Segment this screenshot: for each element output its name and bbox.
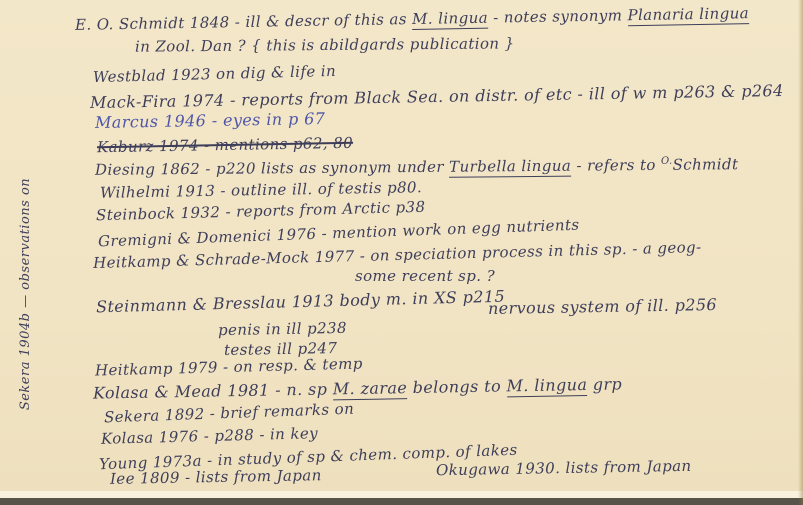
note-line-schmidt: E. O. Schmidt 1848 - ill & descr of this…: [75, 5, 749, 33]
note-text: Steinmann & Bresslau 1913 body m. in XS …: [96, 287, 505, 317]
note-text: penis in ill p238: [218, 319, 347, 339]
note-line-westblad: Westblad 1923 on dig & life in: [93, 63, 336, 86]
handwritten-index-card: Sekera 1904b — observations on E. O. Sch…: [0, 0, 803, 505]
underlined-species: M. lingua: [412, 9, 488, 30]
note-line-some-recent: some recent sp. ?: [355, 268, 495, 285]
note-text: Steinbock 1932 - reports from Arctic p38: [96, 198, 426, 225]
note-text: belongs to: [407, 376, 507, 397]
note-text: Sekera 1892 - brief remarks on: [104, 400, 355, 427]
note-line-kolasa-mead: Kolasa & Mead 1981 - n. sp M. zarae belo…: [93, 375, 622, 402]
note-line-diesing: Diesing 1862 - p220 lists as synonym und…: [95, 155, 739, 178]
note-line-okugawa: Okugawa 1930. lists from Japan: [436, 458, 692, 479]
note-line-wilhelmi: Wilhelmi 1913 - outline ill. of testis p…: [100, 179, 422, 201]
underlined-species: Planaria lingua: [627, 4, 749, 26]
underlined-species: M. zarae: [333, 378, 408, 400]
note-text: Mack-Fira 1974 - reports from Black Sea.…: [90, 81, 784, 112]
note-text: E. O. Schmidt 1848 - ill & descr of this…: [75, 10, 412, 34]
note-text: - refers to: [571, 156, 661, 175]
note-line-heitkamp-1979: Heitkamp 1979 - on resp. & temp: [95, 355, 363, 379]
note-line-zool: in Zool. Dan ? { this is abildgards publ…: [135, 35, 515, 55]
note-text: Marcus 1946 - eyes in p 67: [95, 109, 326, 132]
note-line-kaburz-struck: Kaburz 1974 - mentions p62, 80: [97, 135, 353, 156]
note-line-marcus: Marcus 1946 - eyes in p 67: [95, 110, 326, 132]
note-text: in Zool. Dan ? { this is abildgards publ…: [135, 34, 515, 55]
scan-edge-dark-band: [0, 498, 803, 505]
note-text: Iee 1809 - lists from Japan: [110, 466, 322, 488]
note-line-iee: Iee 1809 - lists from Japan: [110, 467, 322, 487]
note-line-steinmann: Steinmann & Bresslau 1913 body m. in XS …: [96, 288, 505, 316]
note-text: Westblad 1923 on dig & life in: [93, 62, 336, 86]
note-text: - notes synonym: [488, 6, 628, 26]
scan-edge-light-strip: [0, 491, 803, 498]
vertical-margin-note: Sekera 1904b — observations on: [18, 174, 38, 414]
note-line-sekera-1892: Sekera 1892 - brief remarks on: [104, 401, 355, 426]
note-text: nervous system of ill. p256: [488, 295, 717, 318]
note-line-nervous-system: nervous system of ill. p256: [488, 296, 717, 318]
note-text: grp: [587, 374, 622, 394]
note-text: Heitkamp 1979 - on resp. & temp: [95, 354, 363, 379]
note-text: some recent sp. ?: [355, 267, 495, 285]
note-text: Kolasa & Mead 1981 - n. sp: [93, 379, 333, 402]
underlined-species: Turbella lingua: [449, 157, 571, 178]
note-text: Kolasa 1976 - p288 - in key: [101, 424, 318, 448]
note-text: Okugawa 1930. lists from Japan: [436, 457, 692, 479]
underlined-species: M. lingua: [506, 375, 587, 397]
note-text: Diesing 1862 - p220 lists as synonym und…: [95, 158, 449, 179]
note-line-penis: penis in ill p238: [218, 320, 347, 339]
note-text: Schmidt: [672, 155, 738, 174]
note-line-mackfira: Mack-Fira 1974 - reports from Black Sea.…: [90, 82, 784, 112]
superscript-initial: O.: [661, 156, 673, 167]
note-line-kolasa-1976: Kolasa 1976 - p288 - in key: [101, 425, 318, 447]
struck-through-text: Kaburz 1974 - mentions p62, 80: [97, 134, 353, 156]
note-line-steinbock: Steinbock 1932 - reports from Arctic p38: [96, 199, 426, 224]
